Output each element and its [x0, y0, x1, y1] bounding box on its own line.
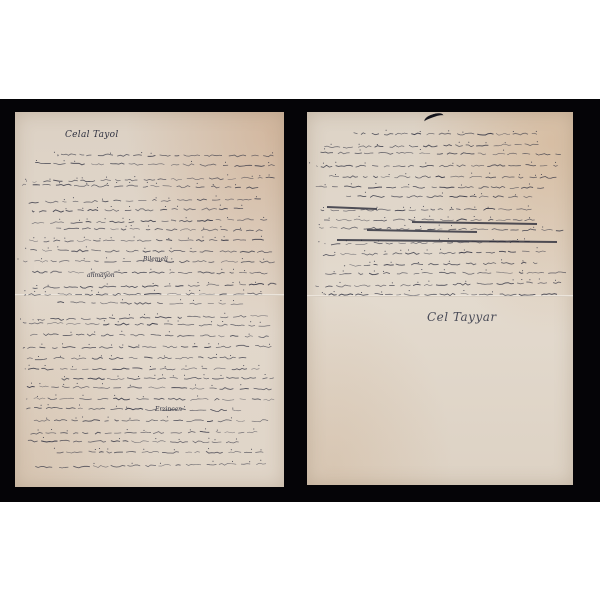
legible-word: anmayon: [87, 272, 115, 279]
handwritten-text: [15, 112, 284, 487]
signature: Cel Tayyar: [427, 310, 497, 324]
letter-page-1: Celal Tayol Bilemeli anmayon Erzincan: [15, 112, 284, 487]
handwritten-text: [307, 112, 573, 485]
legible-word: Erzincan: [155, 406, 182, 413]
letter-page-2: Cel Tayyar: [307, 112, 573, 485]
legible-word: Bilemeli: [143, 256, 168, 263]
